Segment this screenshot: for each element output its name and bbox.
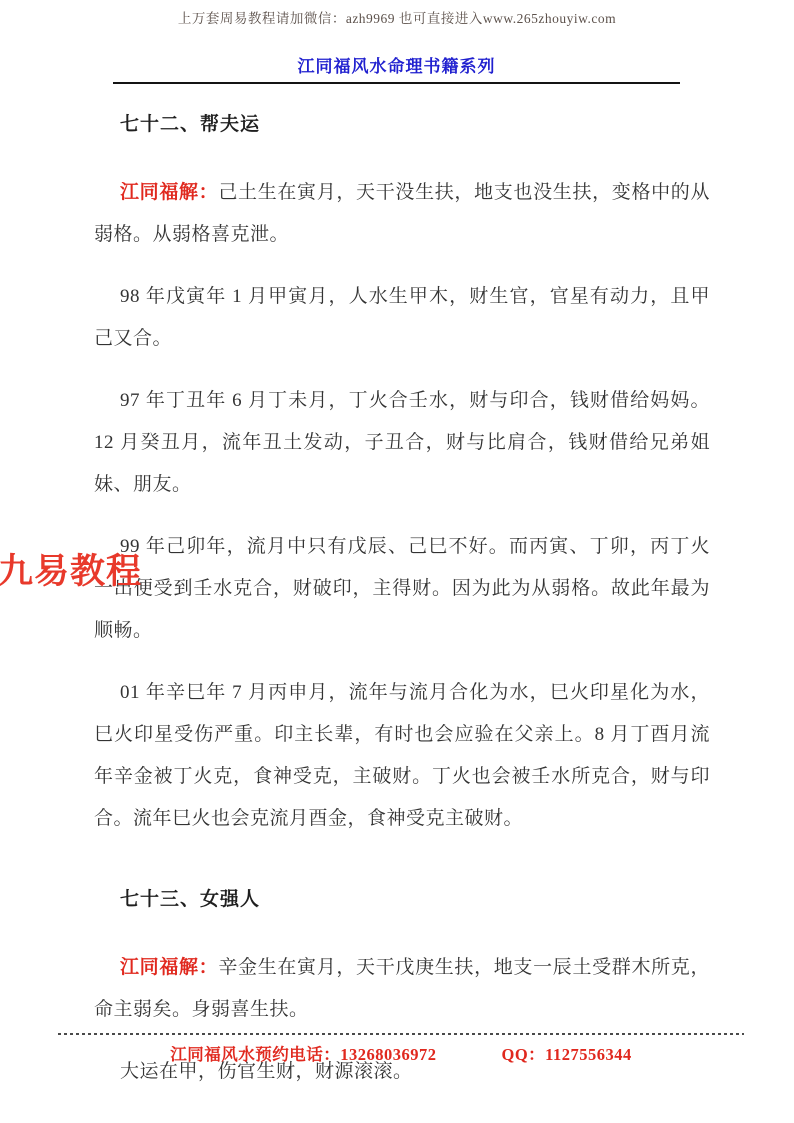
section-heading-72: 七十二、帮夫运: [94, 109, 710, 136]
footer-dashed-divider: [58, 1033, 744, 1035]
section-heading-73: 七十三、女强人: [94, 884, 710, 911]
commentary-lead: 江同福解：: [120, 957, 218, 978]
paragraph-text: 97 年丁丑年 6 月丁未月，丁火合壬水，财与印合，钱财借给妈妈。12 月癸丑月…: [94, 390, 710, 495]
paragraph: 98 年戊寅年 1 月甲寅月，人水生甲木，财生官，官星有动力，且甲己又合。: [94, 276, 710, 360]
top-notice-line: 上万套周易教程请加微信：azh9969 也可直接进入www.265zhouyiw…: [0, 7, 794, 27]
commentary-lead: 江同福解：: [120, 182, 218, 203]
paragraph: 01 年辛巳年 7 月丙申月，流年与流月合化为水，巳火印星化为水，巳火印星受伤严…: [94, 672, 710, 840]
doc-header: 江同福风水命理书籍系列: [113, 52, 680, 84]
paragraph: 江同福解：辛金生在寅月，天干戊庚生扶，地支一辰土受群木所克，命主弱矣。身弱喜生扶…: [94, 947, 710, 1031]
page-footer: 江同福风水预约电话：13268036972 QQ：1127556344: [58, 1033, 744, 1065]
paragraph-text: 01 年辛巳年 7 月丙申月，流年与流月合化为水，巳火印星化为水，巳火印星受伤严…: [94, 682, 710, 829]
paragraph-text: 98 年戊寅年 1 月甲寅月，人水生甲木，财生官，官星有动力，且甲己又合。: [94, 286, 710, 349]
footer-phone: 江同福风水预约电话：13268036972: [170, 1041, 436, 1065]
paragraph: 97 年丁丑年 6 月丁未月，丁火合壬水，财与印合，钱财借给妈妈。12 月癸丑月…: [94, 380, 710, 506]
document-body: 七十二、帮夫运 江同福解：己土生在寅月，天干没生扶，地支也没生扶，变格中的从弱格…: [0, 109, 794, 1093]
footer-qq: QQ：1127556344: [501, 1041, 631, 1065]
document-page: 上万套周易教程请加微信：azh9969 也可直接进入www.265zhouyiw…: [0, 0, 794, 1123]
paragraph-text: 99 年己卯年，流月中只有戊辰、己巳不好。而丙寅、丁卯，丙丁火一出便受到壬水克合…: [94, 536, 710, 641]
paragraph: 99 年己卯年，流月中只有戊辰、己巳不好。而丙寅、丁卯，丙丁火一出便受到壬水克合…: [94, 526, 710, 652]
paragraph: 江同福解：己土生在寅月，天干没生扶，地支也没生扶，变格中的从弱格。从弱格喜克泄。: [94, 172, 710, 256]
footer-contact-line: 江同福风水预约电话：13268036972 QQ：1127556344: [58, 1041, 744, 1065]
series-title: 江同福风水命理书籍系列: [113, 52, 680, 77]
watermark-stamp: 九易教程: [0, 544, 142, 594]
